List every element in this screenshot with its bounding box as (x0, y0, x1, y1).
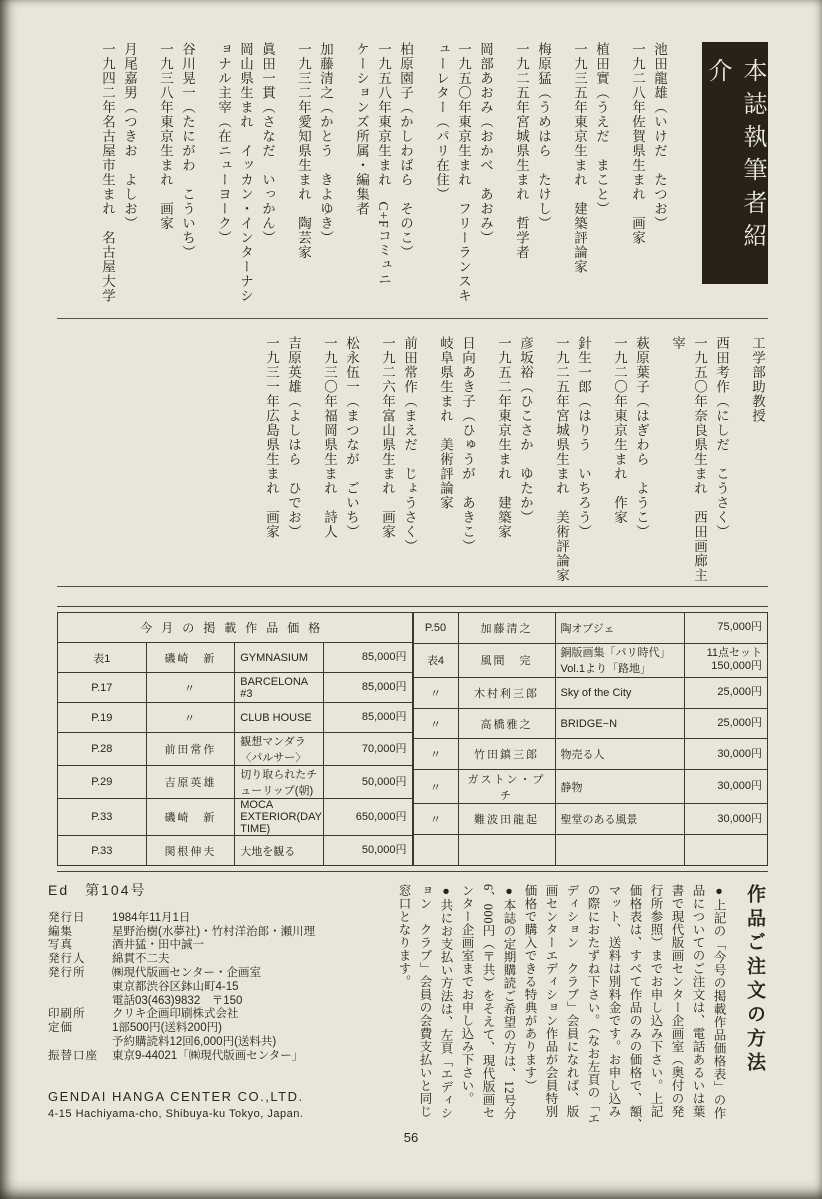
cell-artist: 高橋雅之 (458, 708, 555, 739)
contributor-bio: 一九三〇年福岡県生まれ 詩人 (318, 336, 340, 586)
contributor-name: 針生一郎（はりう いちろう） (572, 336, 594, 586)
contributor-entry: 月尾嘉男（つきお よしお） 一九四二年名古屋市生まれ 名古屋大学 (96, 42, 140, 324)
cell-title (555, 835, 685, 866)
table-row: P.29 吉原英雄 切り取られたチューリップ(朝) 50,000円 (58, 766, 413, 799)
cell-price: 70,000円 (323, 733, 412, 766)
cell-page: P.50 (413, 613, 458, 644)
publisher-english-name: GENDAI HANGA CENTER CO.,LTD. (48, 1088, 388, 1106)
table-row: 表4 風間 完 銅版画集「パリ時代」Vol.1より「路地」 11点セット 150… (413, 643, 768, 677)
contributor-bio: 一九二六年富山県生まれ 画家 (376, 336, 398, 586)
cell-price: 85,000円 (323, 673, 412, 703)
contributor-name: 松永伍一（まつなが ごいち） (340, 336, 362, 586)
table-row: 〃 高橋雅之 BRIDGE−N 25,000円 (413, 708, 768, 739)
table-row: 〃 ガストン・プチ 静物 30,000円 (413, 770, 768, 804)
cell-page: 〃 (413, 804, 458, 835)
cell-title: MOCA EXTERIOR(DAY TIME) (235, 799, 324, 836)
cell-title: 聖堂のある風景 (555, 804, 685, 835)
cell-page: P.17 (58, 673, 147, 703)
cell-title: BRIDGE−N (555, 708, 685, 739)
colophon-row: 発行日 1984年11月1日 (48, 912, 388, 926)
contributors-section-1: 本誌執筆者紹介 池田龍雄（いけだ たつお） 一九二八年佐賀県生まれ 画家 植田實… (55, 42, 768, 324)
contributor-entry: 柏原園子（かしわばら そのこ） 一九五八年東京生まれ C+Fコミュニ ケーション… (350, 42, 416, 324)
cell-page: 〃 (413, 770, 458, 804)
cell-price: 30,000円 (685, 739, 768, 770)
price-table-section: 今月の掲載作品価格 表1 磯崎 新 GYMNASIUM 85,000円 P.17… (57, 606, 768, 872)
colophon-row: 発行所 ㈱現代版画センター・企画室 東京都渋谷区鉢山町4-15 電話03(463… (48, 967, 388, 1008)
colophon-label: 写真 (48, 939, 112, 953)
contributor-entry: 松永伍一（まつなが ごいち） 一九三〇年福岡県生まれ 詩人 (318, 336, 362, 586)
cell-page: P.29 (58, 766, 147, 799)
contributors-section-2: 工学部助教授 西田考作（にしだ こうさく） 一九五〇年奈良県生まれ 西田画廊主宰… (55, 336, 768, 586)
contributor-name: 梅原猛（うめはら たけし） (532, 42, 554, 324)
contributor-bio: 工学部助教授 (746, 336, 768, 586)
table-row: P.17 〃 BARCELONA #3 85,000円 (58, 673, 413, 703)
cell-artist: 木村利三郎 (458, 677, 555, 708)
cell-title: 銅版画集「パリ時代」Vol.1より「路地」 (555, 643, 685, 677)
colophon-label: 発行日 (48, 912, 112, 926)
contributor-entry: 彦坂裕（ひこさか ゆたか） 一九五二年東京生まれ 建築家 (492, 336, 536, 586)
cell-artist: 風間 完 (458, 643, 555, 677)
table-row: P.33 関根伸夫 大地を観る 50,000円 (58, 836, 413, 866)
cell-page: 表1 (58, 643, 147, 673)
colophon-label: 発行所 (48, 967, 112, 1008)
contributor-bio: ケーションズ所属・編集者 (350, 42, 372, 324)
contributor-bio: 一九三二年愛知県生まれ 陶芸家 (292, 42, 314, 324)
contributor-bio: 一九二八年佐賀県生まれ 画家 (626, 42, 648, 324)
cell-price (685, 835, 768, 866)
contributor-name: 彦坂裕（ひこさか ゆたか） (514, 336, 536, 586)
contributor-entry: 谷川晃一（たにがわ こういち） 一九三八年東京生まれ 画家 (154, 42, 198, 324)
colophon-row: 定価 1部500円(送料200円) 予約購読料12回6,000円(送料共) (48, 1022, 388, 1050)
cell-artist: 前田常作 (146, 733, 235, 766)
contributor-name: 日向あき子（ひゅうが あきこ） (456, 336, 478, 586)
cell-title: Sky of the City (555, 677, 685, 708)
cell-artist: 加藤清之 (458, 613, 555, 644)
cell-title: 陶オブジェ (555, 613, 685, 644)
colophon-label: 発行人 (48, 953, 112, 967)
cell-artist: 関根伸夫 (146, 836, 235, 866)
contributor-entry: 梅原猛（うめはら たけし） 一九二五年宮城県生まれ 哲学者 (510, 42, 554, 324)
cell-artist: ガストン・プチ (458, 770, 555, 804)
cell-price: 50,000円 (323, 766, 412, 799)
contributor-bio: 一九四二年名古屋市生まれ 名古屋大学 (96, 42, 118, 324)
colophon-label: 振替口座 (48, 1050, 112, 1064)
cell-price: 85,000円 (323, 703, 412, 733)
cell-artist: 磯崎 新 (146, 799, 235, 836)
contributor-name: 柏原園子（かしわばら そのこ） (394, 42, 416, 324)
cell-price: 25,000円 (685, 677, 768, 708)
contributor-bio: 岐阜県生まれ 美術評論家 (434, 336, 456, 586)
colophon-value: 綿貫不二夫 (112, 953, 170, 967)
contributor-name: 植田實（うえだ まこと） (590, 42, 612, 324)
table-row: P.33 磯崎 新 MOCA EXTERIOR(DAY TIME) 650,00… (58, 799, 413, 836)
colophon-value: 東京9-44021「㈱現代版画センター」 (112, 1050, 303, 1064)
colophon-row: 写真 酒井猛・田中誠一 (48, 939, 388, 953)
contributor-name: 池田龍雄（いけだ たつお） (648, 42, 670, 324)
colophon: Ed 第104号 発行日 1984年11月1日 編集 星野治樹(水夢社)・竹村洋… (48, 884, 388, 1122)
contributor-name: 加藤清之（かとう きよゆき） (314, 42, 336, 324)
contributor-name: 岡部あおみ（おかべ あおみ） (474, 42, 496, 324)
contributor-bio: 一九二〇年東京生まれ 作家 (608, 336, 630, 586)
contributor-name: 萩原葉子（はぎわら ようこ） (630, 336, 652, 586)
cell-title: GYMNASIUM (235, 643, 324, 673)
cell-artist: 〃 (146, 673, 235, 703)
cell-artist: 竹田鎮三郎 (458, 739, 555, 770)
table-row: P.50 加藤清之 陶オブジェ 75,000円 (413, 613, 768, 644)
contributor-bio: ューレター（パリ在住） (430, 42, 452, 324)
colophon-value: ㈱現代版画センター・企画室 東京都渋谷区鉢山町4-15 電話03(463)983… (112, 967, 261, 1008)
contributor-entry: 吉原英雄（よしはら ひでお） 一九三一年広島県生まれ 画家 (260, 336, 304, 586)
contributor-bio: 一九三五年東京生まれ 建築評論家 (568, 42, 590, 324)
colophon-value: クリキ企画印刷株式会社 (112, 1008, 239, 1022)
contributor-entry: 西田考作（にしだ こうさく） 一九五〇年奈良県生まれ 西田画廊主宰 (666, 336, 732, 586)
cell-price: 11点セット 150,000円 (685, 643, 768, 677)
contributor-name: 吉原英雄（よしはら ひでお） (282, 336, 304, 586)
cell-title: CLUB HOUSE (235, 703, 324, 733)
colophon-label: 定価 (48, 1022, 112, 1050)
table-header-row: 今月の掲載作品価格 (58, 613, 413, 643)
contributor-bio: ョナル主宰（在ニューヨーク） (212, 42, 234, 324)
cell-title: 静物 (555, 770, 685, 804)
contributor-bio: 一九五〇年奈良県生まれ 西田画廊主宰 (666, 336, 710, 586)
cell-title: 切り取られたチューリップ(朝) (235, 766, 324, 799)
cell-artist: 磯崎 新 (146, 643, 235, 673)
cell-price: 30,000円 (685, 770, 768, 804)
contributor-bio: 一九五〇年東京生まれ フリーランスキ (452, 42, 474, 324)
colophon-label: 印刷所 (48, 1008, 112, 1022)
cell-page: P.19 (58, 703, 147, 733)
cell-page: 〃 (413, 739, 458, 770)
cell-page: 〃 (413, 708, 458, 739)
table-row: 〃 難波田龍起 聖堂のある風景 30,000円 (413, 804, 768, 835)
horizontal-rule (57, 318, 768, 319)
contributor-bio: 一九三一年広島県生まれ 画家 (260, 336, 282, 586)
contributor-entry: 池田龍雄（いけだ たつお） 一九二八年佐賀県生まれ 画家 (626, 42, 670, 324)
cell-title: 観想マンダラ〈パルサー〉 (235, 733, 324, 766)
colophon-value: 星野治樹(水夢社)・竹村洋治郎・瀬川理 (112, 926, 315, 940)
table-row: P.28 前田常作 観想マンダラ〈パルサー〉 70,000円 (58, 733, 413, 766)
contributor-entry: 萩原葉子（はぎわら ようこ） 一九二〇年東京生まれ 作家 (608, 336, 652, 586)
cell-page: P.33 (58, 799, 147, 836)
table-row: P.19 〃 CLUB HOUSE 85,000円 (58, 703, 413, 733)
section-header-title: 本誌執筆者紹介 (700, 42, 770, 284)
contributor-entry: 日向あき子（ひゅうが あきこ） 岐阜県生まれ 美術評論家 (434, 336, 478, 586)
price-table-right: P.50 加藤清之 陶オブジェ 75,000円 表4 風間 完 銅版画集「パリ時… (413, 612, 769, 866)
cell-artist: 〃 (146, 703, 235, 733)
publisher-english-address: GENDAI HANGA CENTER CO.,LTD. 4-15 Hachiy… (48, 1088, 388, 1122)
contributor-entry: 工学部助教授 (746, 336, 768, 586)
contributor-bio: 一九二五年宮城県生まれ 美術評論家 (550, 336, 572, 586)
colophon-row: 振替口座 東京9-44021「㈱現代版画センター」 (48, 1050, 388, 1064)
colophon-row: 発行人 綿貫不二夫 (48, 953, 388, 967)
contributor-entry: 加藤清之（かとう きよゆき） 一九三二年愛知県生まれ 陶芸家 (292, 42, 336, 324)
contributor-bio: 一九五八年東京生まれ C+Fコミュニ (372, 42, 394, 324)
cell-price: 85,000円 (323, 643, 412, 673)
contributor-name: 眞田一貫（さなだ いっかん） (256, 42, 278, 324)
page-number: 56 (0, 1130, 822, 1145)
contributor-bio: 一九三八年東京生まれ 画家 (154, 42, 176, 324)
cell-page: P.28 (58, 733, 147, 766)
cell-price: 30,000円 (685, 804, 768, 835)
cell-title: BARCELONA #3 (235, 673, 324, 703)
colophon-row: 編集 星野治樹(水夢社)・竹村洋治郎・瀬川理 (48, 926, 388, 940)
table-row: 〃 木村利三郎 Sky of the City 25,000円 (413, 677, 768, 708)
cell-artist: 吉原英雄 (146, 766, 235, 799)
publisher-english-street: 4-15 Hachiyama-cho, Shibuya-ku Tokyo, Ja… (48, 1106, 388, 1122)
contributor-name: 月尾嘉男（つきお よしお） (118, 42, 140, 324)
colophon-value: 1984年11月1日 (112, 912, 190, 926)
cell-title: 大地を観る (235, 836, 324, 866)
cell-page: 表4 (413, 643, 458, 677)
cell-page (413, 835, 458, 866)
colophon-value: 酒井猛・田中誠一 (112, 939, 204, 953)
contributor-entry: 針生一郎（はりう いちろう） 一九二五年宮城県生まれ 美術評論家 (550, 336, 594, 586)
cell-artist (458, 835, 555, 866)
contributor-name: 西田考作（にしだ こうさく） (710, 336, 732, 586)
cell-price: 25,000円 (685, 708, 768, 739)
table-row: 表1 磯崎 新 GYMNASIUM 85,000円 (58, 643, 413, 673)
cell-title: 物売る人 (555, 739, 685, 770)
issue-title: Ed 第104号 (48, 884, 388, 898)
contributor-name: 谷川晃一（たにがわ こういち） (176, 42, 198, 324)
colophon-row: 印刷所 クリキ企画印刷株式会社 (48, 1008, 388, 1022)
table-row (413, 835, 768, 866)
contributor-entry: 眞田一貫（さなだ いっかん） 岡山県生まれ イッカン・インターナシ ョナル主宰（… (212, 42, 278, 324)
table-row: 〃 竹田鎮三郎 物売る人 30,000円 (413, 739, 768, 770)
cell-price: 650,000円 (323, 799, 412, 836)
colophon-label: 編集 (48, 926, 112, 940)
colophon-value: 1部500円(送料200円) 予約購読料12回6,000円(送料共) (112, 1022, 276, 1050)
contributor-bio: 一九二五年宮城県生まれ 哲学者 (510, 42, 532, 324)
section-header-box: 本誌執筆者紹介 (702, 42, 768, 284)
cell-price: 50,000円 (323, 836, 412, 866)
contributor-bio: 岡山県生まれ イッカン・インターナシ (234, 42, 256, 324)
contributor-entry: 岡部あおみ（おかべ あおみ） 一九五〇年東京生まれ フリーランスキ ューレター（… (430, 42, 496, 324)
magazine-page: 本誌執筆者紹介 池田龍雄（いけだ たつお） 一九二八年佐賀県生まれ 画家 植田實… (0, 0, 822, 1199)
cell-page: P.33 (58, 836, 147, 866)
contributor-entry: 前田常作（まえだ じょうさく） 一九二六年富山県生まれ 画家 (376, 336, 420, 586)
cell-artist: 難波田龍起 (458, 804, 555, 835)
cell-price: 75,000円 (685, 613, 768, 644)
price-table-left: 今月の掲載作品価格 表1 磯崎 新 GYMNASIUM 85,000円 P.17… (57, 612, 413, 866)
contributor-entry: 植田實（うえだ まこと） 一九三五年東京生まれ 建築評論家 (568, 42, 612, 324)
contributor-name: 前田常作（まえだ じょうさく） (398, 336, 420, 586)
cell-page: 〃 (413, 677, 458, 708)
horizontal-rule (57, 586, 768, 587)
table-title: 今月の掲載作品価格 (58, 613, 413, 643)
contributor-bio: 一九五二年東京生まれ 建築家 (492, 336, 514, 586)
